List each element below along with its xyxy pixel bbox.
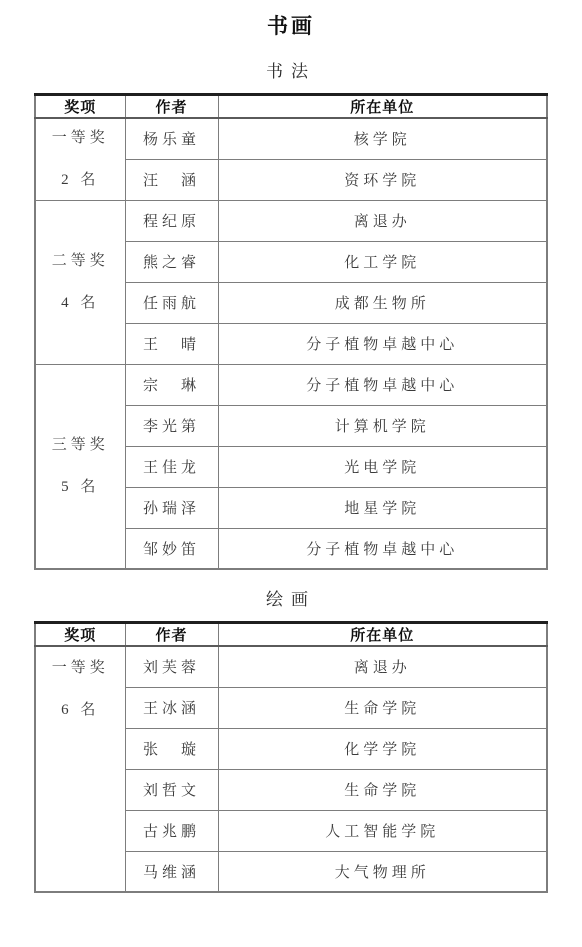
unit-cell: 核学院	[218, 118, 547, 159]
page-title: 书画	[0, 12, 582, 42]
table-row: 一等奖 2 名 杨乐童 核学院	[35, 118, 547, 159]
award-table-painting: 奖项 作者 所在单位 一等奖 6 名 刘芙蓉 离退办 王冰涵 生命学院	[34, 621, 548, 893]
unit-cell: 离退办	[218, 646, 547, 687]
author-cell: 古兆鹏	[125, 810, 218, 851]
unit-cell: 地星学院	[218, 487, 547, 528]
unit-cell: 分子植物卓越中心	[218, 364, 547, 405]
author-cell: 杨乐童	[125, 118, 218, 159]
author-cell: 刘芙蓉	[125, 646, 218, 687]
award-count: 6 名	[61, 700, 99, 720]
author-cell: 马维涵	[125, 851, 218, 892]
section-subtitle-calligraphy: 书法	[0, 59, 582, 85]
award-stack: 一等奖 6 名	[36, 658, 125, 720]
header-row: 奖项 作者 所在单位	[35, 623, 547, 647]
award-label: 二等奖	[52, 251, 109, 271]
author-cell: 汪 涵	[125, 159, 218, 200]
author-cell: 任雨航	[125, 282, 218, 323]
unit-cell: 资环学院	[218, 159, 547, 200]
unit-cell: 离退办	[218, 200, 547, 241]
award-count: 4 名	[61, 293, 99, 313]
unit-cell: 光电学院	[218, 446, 547, 487]
author-cell: 王佳龙	[125, 446, 218, 487]
award-cell: 二等奖 4 名	[35, 200, 125, 364]
author-cell: 邹妙笛	[125, 528, 218, 569]
award-table-calligraphy: 奖项 作者 所在单位 一等奖 2 名 杨乐童 核学院 汪 涵 资环学院	[34, 93, 548, 570]
author-cell: 刘哲文	[125, 769, 218, 810]
table-row: 三等奖 5 名 宗 琳 分子植物卓越中心	[35, 364, 547, 405]
header-row: 奖项 作者 所在单位	[35, 95, 547, 119]
col-header-award: 奖项	[35, 95, 125, 119]
author-cell: 李光第	[125, 405, 218, 446]
award-cell: 一等奖 2 名	[35, 118, 125, 200]
unit-cell: 化学学院	[218, 728, 547, 769]
col-header-author: 作者	[125, 95, 218, 119]
award-stack: 一等奖 2 名	[36, 128, 125, 190]
unit-cell: 大气物理所	[218, 851, 547, 892]
award-count: 5 名	[61, 477, 99, 497]
author-cell: 程纪原	[125, 200, 218, 241]
unit-cell: 分子植物卓越中心	[218, 528, 547, 569]
unit-cell: 生命学院	[218, 687, 547, 728]
award-cell: 三等奖 5 名	[35, 364, 125, 569]
unit-cell: 计算机学院	[218, 405, 547, 446]
unit-cell: 分子植物卓越中心	[218, 323, 547, 364]
award-label: 一等奖	[52, 128, 109, 148]
col-header-author: 作者	[125, 623, 218, 647]
award-stack: 二等奖 4 名	[36, 251, 125, 313]
table-row: 二等奖 4 名 程纪原 离退办	[35, 200, 547, 241]
section-subtitle-painting: 绘画	[0, 587, 582, 613]
col-header-unit: 所在单位	[218, 95, 547, 119]
table-row: 一等奖 6 名 刘芙蓉 离退办	[35, 646, 547, 687]
award-count: 2 名	[61, 170, 99, 190]
author-cell: 张 璇	[125, 728, 218, 769]
author-cell: 王 晴	[125, 323, 218, 364]
unit-cell: 生命学院	[218, 769, 547, 810]
author-cell: 孙瑞泽	[125, 487, 218, 528]
award-label: 三等奖	[52, 435, 109, 455]
col-header-unit: 所在单位	[218, 623, 547, 647]
author-cell: 宗 琳	[125, 364, 218, 405]
author-cell: 熊之睿	[125, 241, 218, 282]
award-stack: 三等奖 5 名	[36, 435, 125, 497]
unit-cell: 成都生物所	[218, 282, 547, 323]
author-cell: 王冰涵	[125, 687, 218, 728]
col-header-award: 奖项	[35, 623, 125, 647]
unit-cell: 化工学院	[218, 241, 547, 282]
document-page: 书画 书法 奖项 作者 所在单位 一等奖 2 名 杨乐童 核学院	[0, 0, 582, 893]
award-cell: 一等奖 6 名	[35, 646, 125, 892]
award-label: 一等奖	[52, 658, 109, 678]
unit-cell: 人工智能学院	[218, 810, 547, 851]
